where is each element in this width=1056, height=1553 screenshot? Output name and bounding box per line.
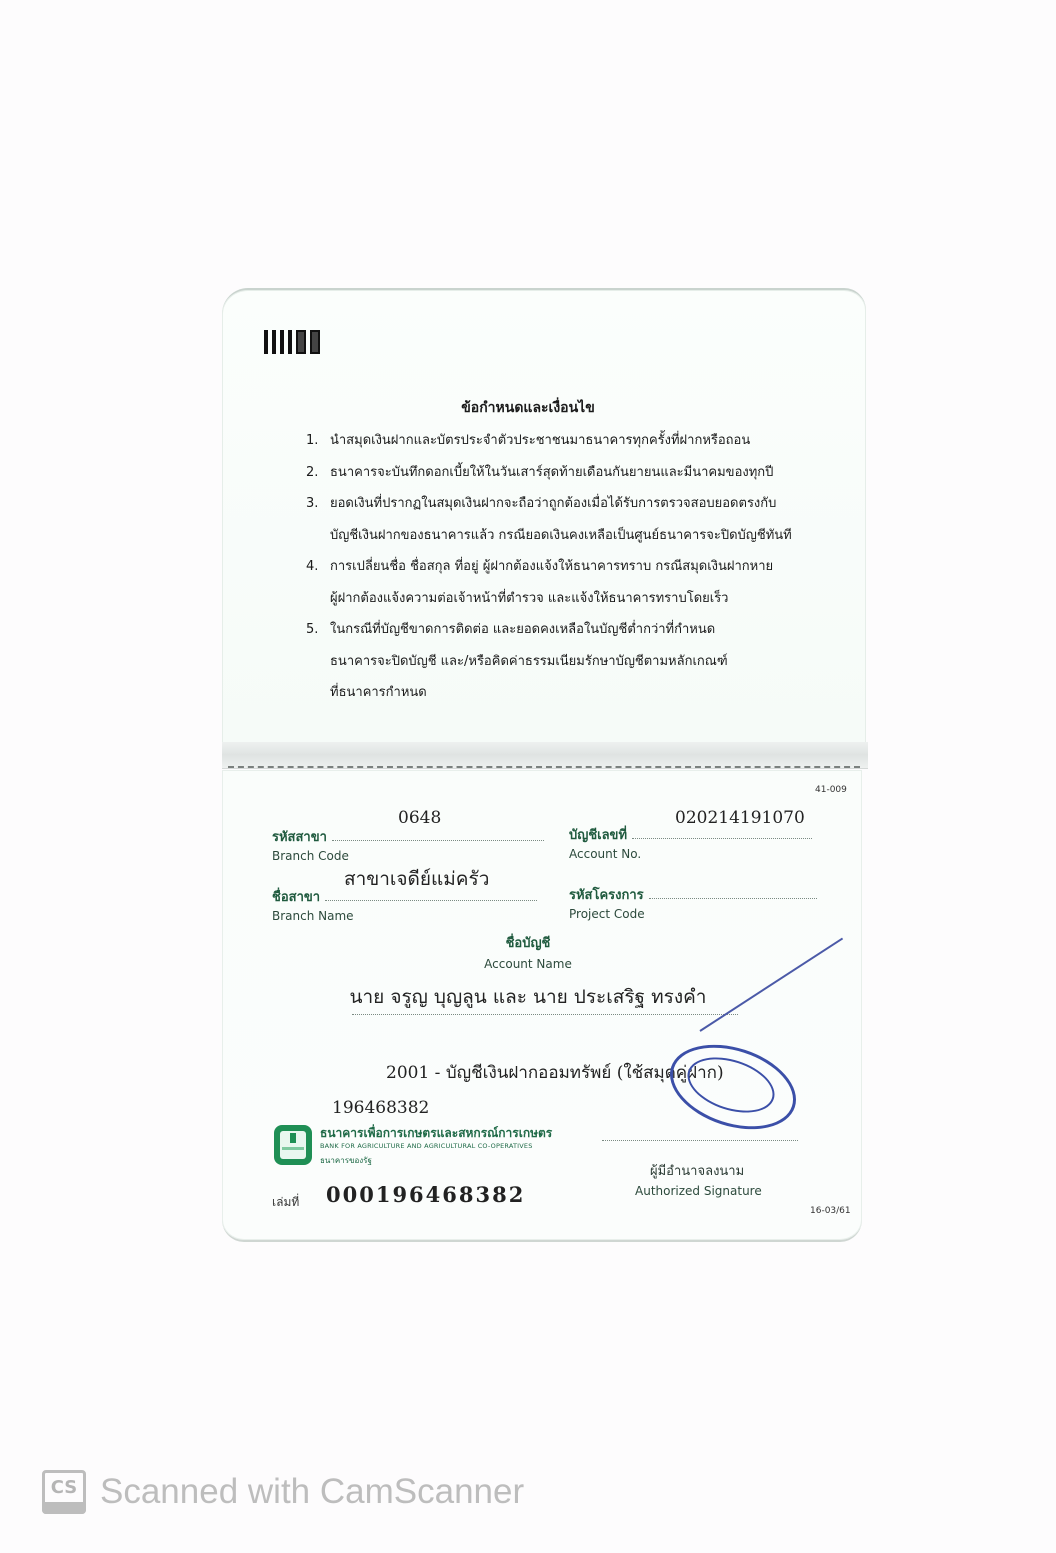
terms-item-line: 4.การเปลี่ยนชื่อ ชื่อสกุล ที่อยู่ ผู้ฝาก… [306, 551, 826, 583]
terms-item-text: บัญชีเงินฝากของธนาคารแล้ว กรณียอดเงินคงเ… [330, 520, 826, 552]
branch-name-label-en: Branch Name [272, 909, 354, 923]
account-no-label-th: บัญชีเลขที่ [569, 828, 627, 843]
terms-item-line: 3.ยอดเงินที่ปรากฏในสมุดเงินฝากจะถือว่าถู… [306, 488, 826, 520]
terms-item-line: 5.ในกรณีที่บัญชีขาดการติดต่อ และยอดคงเหล… [306, 614, 826, 646]
baac-logo-icon [274, 1125, 312, 1165]
terms-item-line: ที่ธนาคารกำหนด [306, 677, 826, 709]
terms-item-text: นำสมุดเงินฝากและบัตรประจำตัวประชาชนมาธนา… [330, 425, 826, 457]
branch-name-field: ชื่อสาขา [272, 886, 537, 907]
terms-item-number: 2. [306, 457, 330, 489]
camscanner-watermark: CS Scanned with CamScanner [42, 1470, 524, 1514]
signature-line [602, 1140, 798, 1141]
account-name-underline [352, 1014, 738, 1015]
terms-item-number [306, 583, 330, 615]
branch-code-label-th: รหัสสาขา [272, 830, 327, 845]
terms-item-text: ผู้ฝากต้องแจ้งความต่อเจ้าหน้าที่ตำรวจ แล… [330, 583, 826, 615]
passbook-fold [222, 742, 868, 769]
branch-name-label-th: ชื่อสาขา [272, 890, 320, 905]
watermark-text: Scanned with CamScanner [100, 1472, 524, 1512]
bank-name-th: ธนาคารเพื่อการเกษตรและสหกรณ์การเกษตร [320, 1124, 552, 1143]
project-code-label-en: Project Code [569, 907, 645, 921]
print-code: 16-03/61 [810, 1206, 851, 1216]
passbook-ref-number: 196468382 [332, 1098, 429, 1118]
terms-item-line: ธนาคารจะปิดบัญชี และ/หรือคิดค่าธรรมเนียม… [306, 646, 826, 678]
terms-item-number: 5. [306, 614, 330, 646]
branch-code-field: รหัสสาขา [272, 826, 544, 847]
bank-name-en: BANK FOR AGRICULTURE AND AGRICULTURAL CO… [320, 1142, 533, 1150]
form-code: 41-009 [815, 785, 847, 795]
terms-item-number [306, 677, 330, 709]
terms-item-number [306, 646, 330, 678]
book-no-value: 000196468382 [326, 1182, 525, 1207]
branch-code-label-en: Branch Code [272, 849, 349, 863]
terms-list: 1.นำสมุดเงินฝากและบัตรประจำตัวประชาชนมาธ… [306, 425, 826, 709]
terms-item-text: ที่ธนาคารกำหนด [330, 677, 826, 709]
terms-item-text: ยอดเงินที่ปรากฏในสมุดเงินฝากจะถือว่าถูกต… [330, 488, 826, 520]
account-no-label-en: Account No. [569, 847, 641, 861]
terms-item-line: 1.นำสมุดเงินฝากและบัตรประจำตัวประชาชนมาธ… [306, 425, 826, 457]
camscanner-icon: CS [42, 1470, 86, 1514]
terms-item-text: ธนาคารจะปิดบัญชี และ/หรือคิดค่าธรรมเนียม… [330, 646, 826, 678]
account-name-label-th: ชื่อบัญชี [0, 932, 1056, 953]
bank-subtitle: ธนาคารของรัฐ [320, 1154, 372, 1167]
account-no-field: บัญชีเลขที่ [569, 824, 812, 845]
terms-item-text: ในกรณีที่บัญชีขาดการติดต่อ และยอดคงเหลือ… [330, 614, 826, 646]
terms-item-text: ธนาคารจะบันทึกดอกเบี้ยให้ในวันเสาร์สุดท้… [330, 457, 826, 489]
terms-item-line: ผู้ฝากต้องแจ้งความต่อเจ้าหน้าที่ตำรวจ แล… [306, 583, 826, 615]
book-no-label: เล่มที่ [272, 1193, 299, 1212]
terms-item-number: 1. [306, 425, 330, 457]
branch-code-value: 0648 [398, 808, 441, 828]
account-name-value: นาย จรูญ บุญลูน และ นาย ประเสริฐ ทรงคำ [0, 982, 1056, 1012]
project-code-field: รหัสโครงการ [569, 884, 817, 905]
signature-label-en: Authorized Signature [635, 1184, 762, 1198]
terms-item-text: การเปลี่ยนชื่อ ชื่อสกุล ที่อยู่ ผู้ฝากต้… [330, 551, 826, 583]
terms-item-number [306, 520, 330, 552]
project-code-label-th: รหัสโครงการ [569, 888, 644, 903]
signature-label-th: ผู้มีอำนาจลงนาม [650, 1160, 744, 1181]
terms-item-line: บัญชีเงินฝากของธนาคารแล้ว กรณียอดเงินคงเ… [306, 520, 826, 552]
terms-item-number: 3. [306, 488, 330, 520]
terms-title: ข้อกำหนดและเงื่อนไข [0, 397, 1056, 419]
terms-item-number: 4. [306, 551, 330, 583]
barcode-marks [264, 330, 320, 354]
terms-item-line: 2.ธนาคารจะบันทึกดอกเบี้ยให้ในวันเสาร์สุด… [306, 457, 826, 489]
account-name-label-en: Account Name [0, 957, 1056, 971]
